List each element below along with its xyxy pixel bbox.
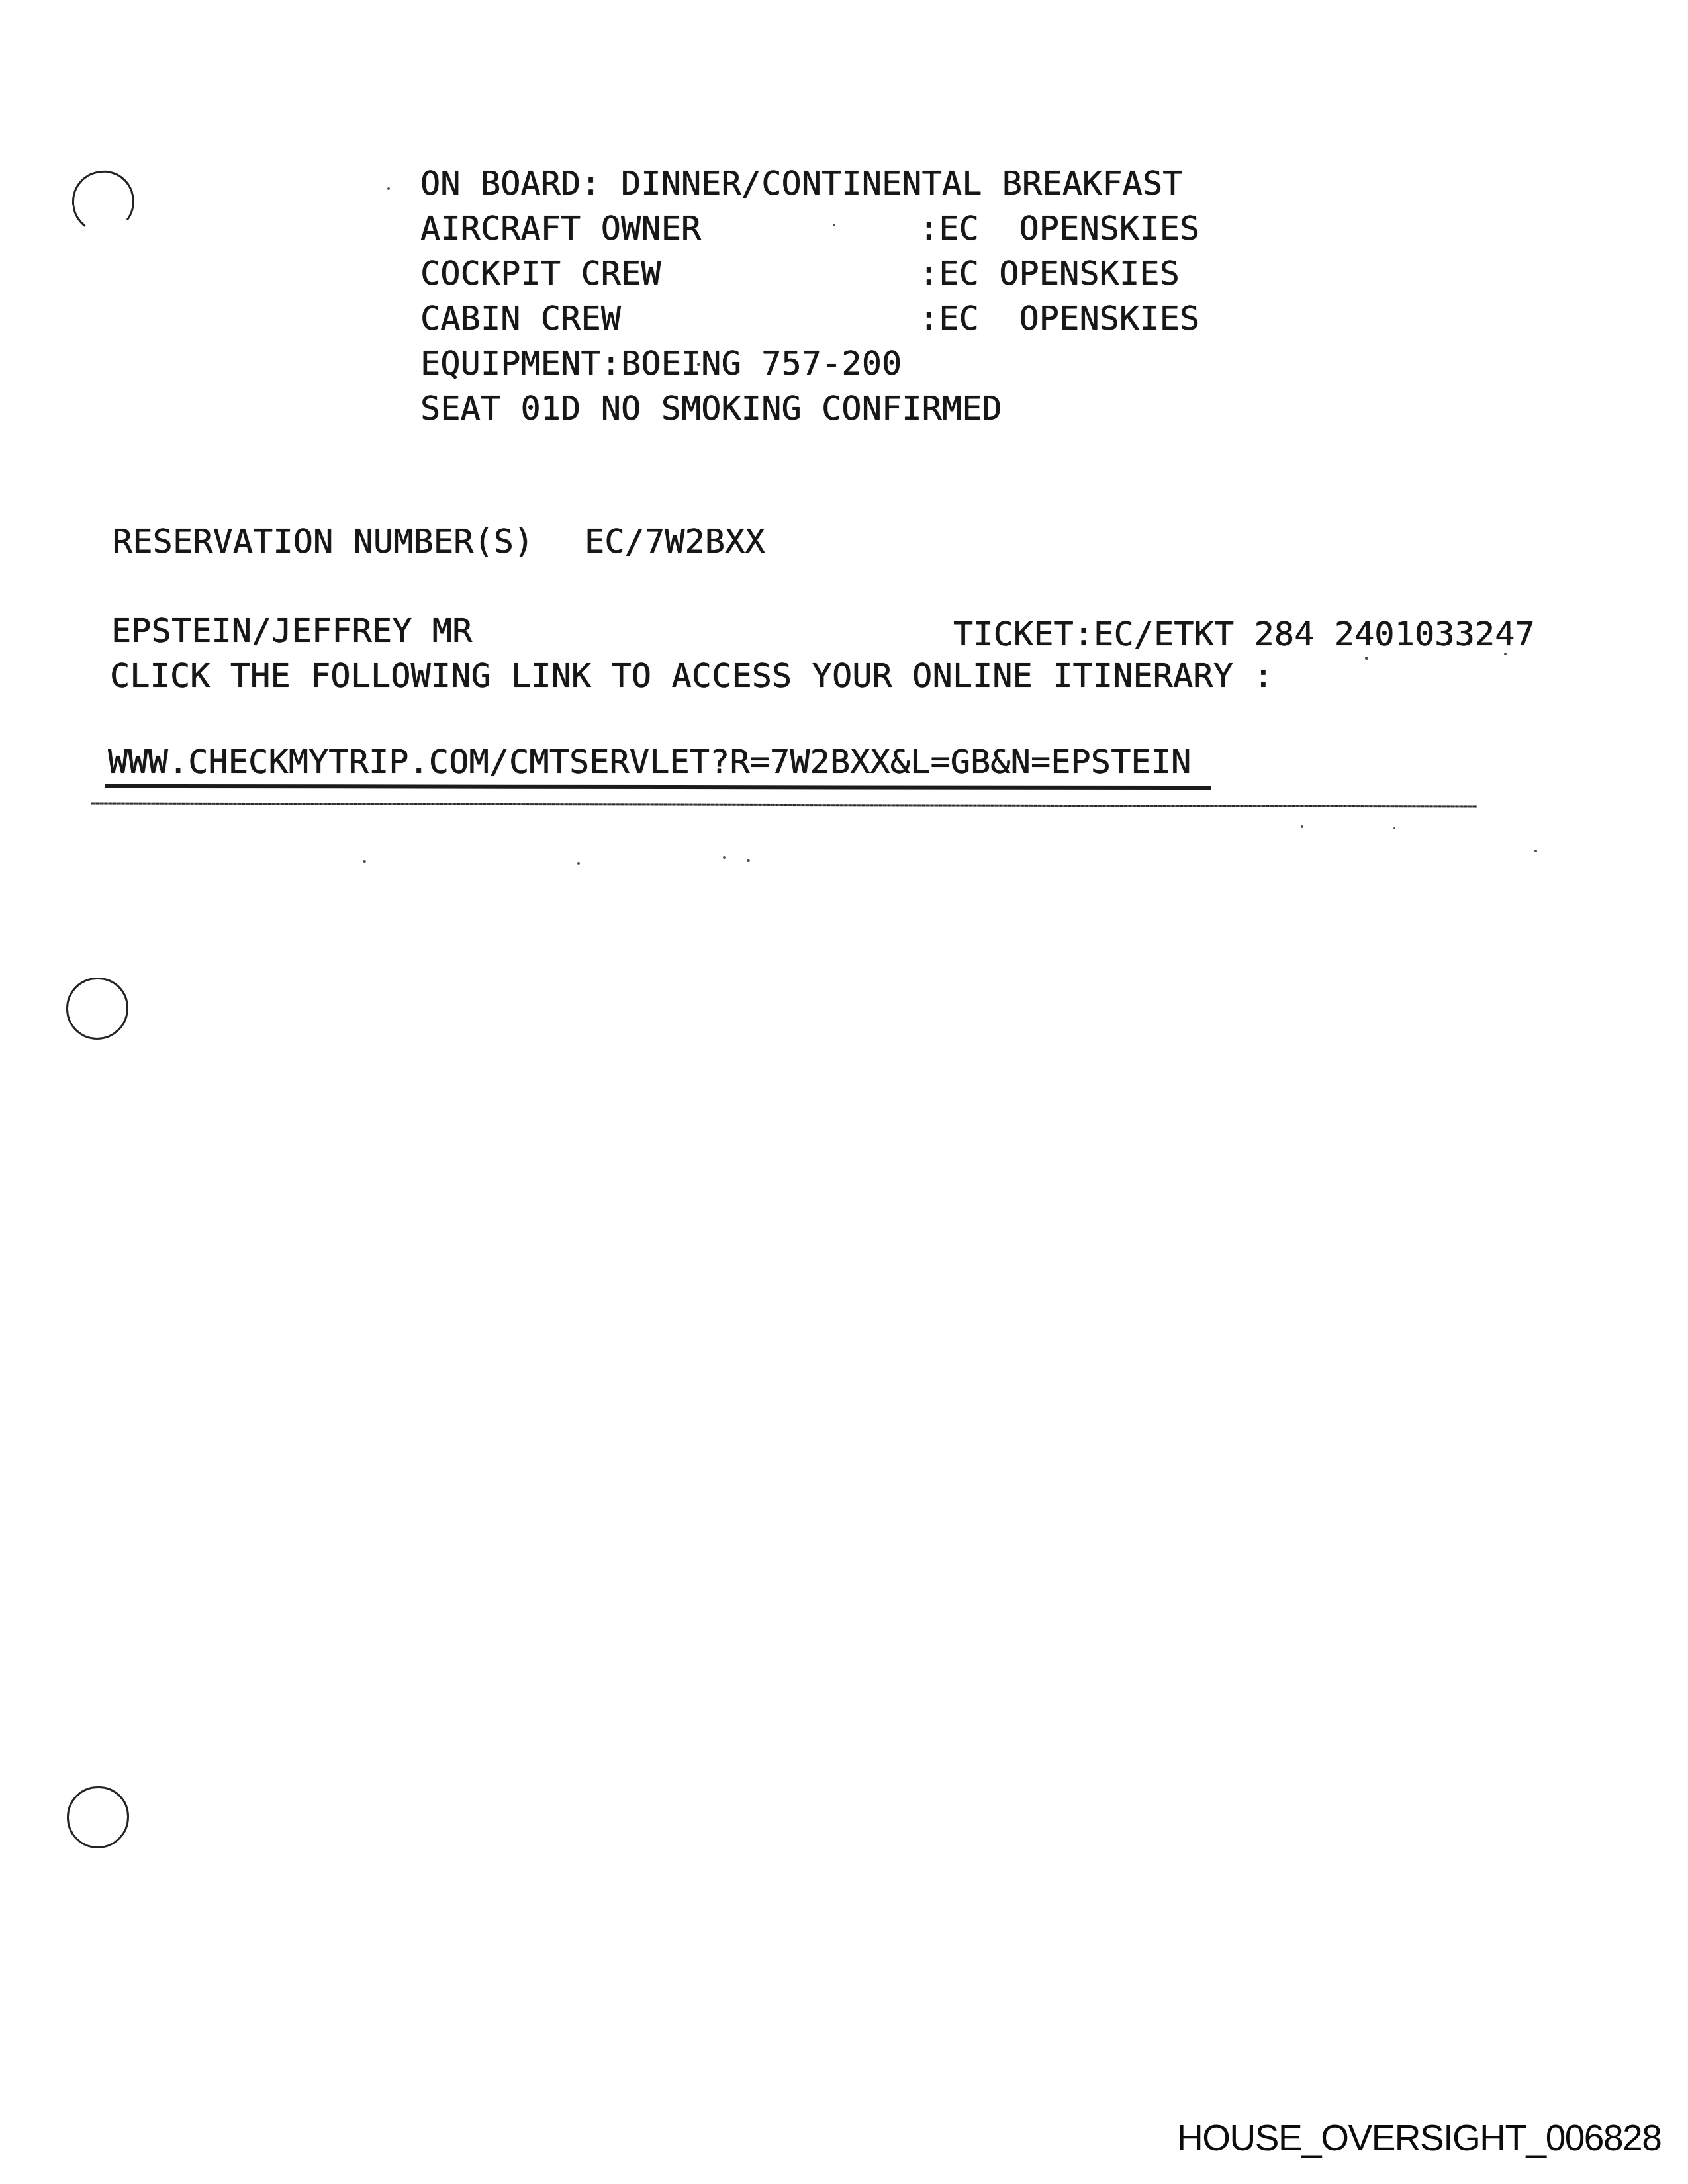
reservation-number: EC/7W2BXX	[585, 521, 765, 562]
cabin-crew-label: CABIN CREW	[420, 298, 621, 339]
toner-speck	[697, 363, 700, 366]
toner-speck	[1301, 825, 1303, 828]
toner-speck	[833, 224, 835, 226]
hole-punch-top	[68, 167, 138, 237]
itinerary-link[interactable]: WWW.CHECKMYTRIP.COM/CMTSERVLET?R=7W2BXX&…	[108, 741, 1191, 782]
toner-speck	[1393, 827, 1395, 829]
toner-speck	[723, 856, 726, 859]
scan-artifact-line	[91, 802, 1477, 807]
toner-speck	[1534, 850, 1537, 852]
toner-speck	[577, 862, 580, 865]
bates-stamp: HOUSE_OVERSIGHT_006828	[1177, 2116, 1661, 2159]
reservation-label: RESERVATION NUMBER(S)	[113, 521, 534, 562]
hole-punch-bottom	[67, 1786, 129, 1848]
toner-speck	[387, 187, 390, 190]
aircraft-owner-label: AIRCRAFT OWNER	[420, 208, 701, 249]
toner-speck	[1365, 657, 1368, 660]
toner-speck	[747, 859, 750, 862]
hole-punch-middle	[66, 978, 128, 1040]
cabin-crew-value: :EC OPENSKIES	[919, 298, 1199, 339]
onboard-meal-line: ON BOARD: DINNER/CONTINENTAL BREAKFAST	[420, 163, 1183, 204]
ticket-number: TICKET:EC/ETKT 284 2401033247	[953, 614, 1535, 655]
toner-speck	[363, 860, 366, 863]
toner-speck	[1504, 653, 1507, 655]
seat-line: SEAT 01D NO SMOKING CONFIRMED	[420, 388, 1002, 429]
passenger-name: EPSTEIN/JEFFREY MR	[111, 610, 472, 651]
equipment-line: EQUIPMENT:BOEING 757-200	[420, 343, 902, 384]
cockpit-crew-value: :EC OPENSKIES	[919, 253, 1180, 294]
aircraft-owner-value: :EC OPENSKIES	[919, 208, 1199, 249]
cockpit-crew-label: COCKPIT CREW	[420, 253, 661, 294]
scanned-document-page: ON BOARD: DINNER/CONTINENTAL BREAKFAST A…	[0, 0, 1688, 2184]
link-instruction: CLICK THE FOLLOWING LINK TO ACCESS YOUR …	[110, 655, 1274, 696]
url-underline	[105, 784, 1211, 790]
